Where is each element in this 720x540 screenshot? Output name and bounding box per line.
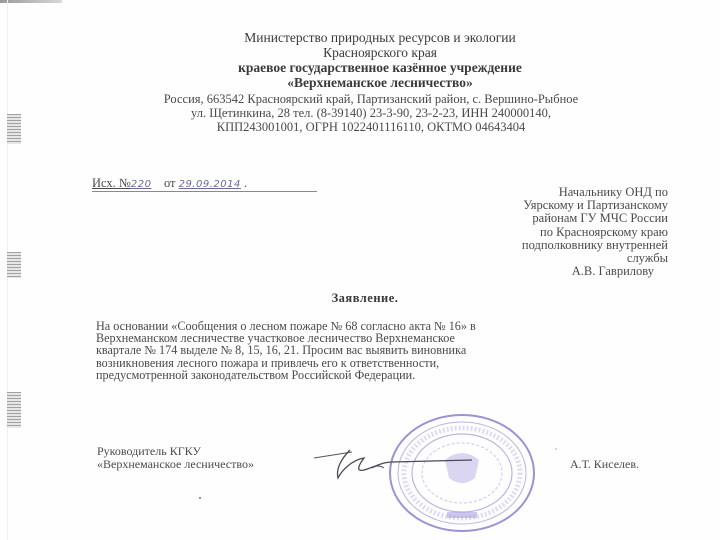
outgoing-underline [92, 191, 317, 192]
letterhead: Министерство природных ресурсов и эколог… [0, 30, 720, 90]
letterhead-institution-name: «Верхнеманское лесничество» [0, 75, 720, 90]
recipient-block: Начальнику ОНД по Уярскому и Партизанско… [420, 186, 668, 278]
document-title: Заявление. [0, 291, 720, 306]
sender-address: Россия, 663542 Красноярский край, Партиз… [88, 92, 654, 134]
body-line: предусмотренной законодательством Россий… [96, 369, 641, 381]
outgoing-number-label: Исх. № [92, 176, 131, 190]
outgoing-date-label: от [164, 176, 176, 190]
outgoing-reference: Исх. №220 от 29.09.2014 . [92, 176, 247, 191]
signatory-position: Руководитель КГКУ «Верхнеманское лесниче… [97, 445, 254, 470]
signatory-name: А.Т. Киселев. [570, 457, 639, 472]
outgoing-date: 29.09.2014 [179, 179, 241, 190]
statement-body: На основании «Сообщения о лесном пожаре … [96, 320, 641, 381]
signatory-organization: «Верхнеманское лесничество» [97, 458, 254, 471]
recipient-line: районам ГУ МЧС России [420, 212, 668, 225]
scan-edge-mark [7, 392, 21, 428]
body-line: квартале № 174 выделе № 8, 15, 16, 21. П… [96, 344, 641, 356]
address-line: КПП243001001, ОГРН 1022401116110, ОКТМО … [88, 120, 654, 134]
letterhead-region: Красноярского края [0, 45, 720, 60]
scanned-document-page: Министерство природных ресурсов и эколог… [0, 0, 720, 540]
signatory-title: Руководитель КГКУ [97, 445, 254, 458]
scan-speck [199, 497, 201, 499]
scan-edge-mark [7, 114, 21, 144]
scan-artifact-strip [0, 0, 62, 3]
address-line: ул. Щетинкина, 28 тел. (8-39140) 23-3-90… [88, 106, 654, 120]
recipient-name: А.В. Гаврилову [420, 265, 668, 278]
outgoing-number: 220 [131, 179, 152, 190]
address-line: Россия, 663542 Красноярский край, Партиз… [88, 92, 654, 106]
scan-speck [555, 448, 557, 450]
letterhead-ministry: Министерство природных ресурсов и эколог… [0, 30, 720, 45]
recipient-line: по Красноярскому краю [420, 226, 668, 239]
body-line: возникновения лесного пожара и привлечь … [96, 357, 641, 369]
letterhead-institution-type: краевое государственное казённое учрежде… [0, 60, 720, 75]
outgoing-trail: . [244, 176, 247, 190]
scan-edge-mark [7, 252, 21, 278]
handwritten-signature-icon [312, 448, 482, 482]
